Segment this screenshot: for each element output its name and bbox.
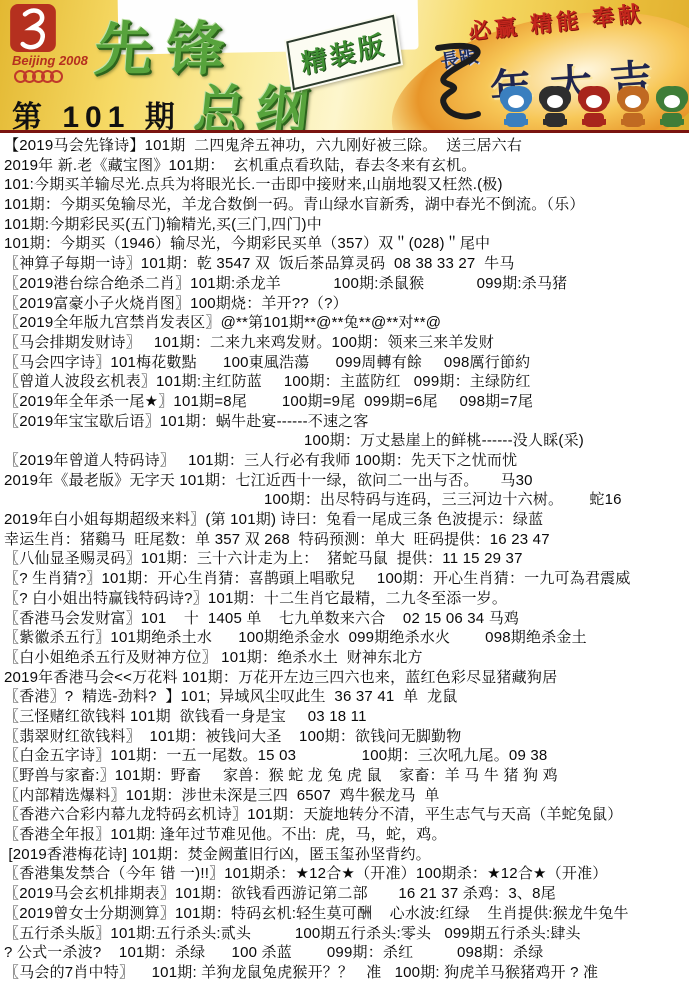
text-line: 100期：出尽特码与连码，三三河边十六树。 蛇16 [4, 490, 687, 510]
text-line: 〖马会的7肖中特〗 101期: 羊狗龙鼠兔虎猴开？？ 准 100期: 狗虎羊马猴… [4, 963, 687, 983]
text-line: 〖? 生肖猜?〗101期：开心生肖猜：喜鹊頭上唱歌兒 100期：开心生肖猜：一九… [4, 569, 687, 589]
tip-sheet-body: 【2019马会先锋诗】101期 二四鬼斧五神功，六九刚好被三除。 送三居六右20… [0, 133, 689, 983]
fuwa-mascot-icon [617, 88, 649, 130]
text-line: 〖香港〗? 精选-劲料? 】101; 异域风尘叹此生 36 37 41 单 龙鼠 [4, 687, 687, 707]
text-line: 〖香港马会发财富〗101 十 1405 单 七九单数来六合 02 15 06 3… [4, 609, 687, 629]
text-line: 〖2019年宝宝歇后语〗101期：蜗牛赴宴------不速之客 [4, 412, 687, 432]
text-line: 〖? 白小姐出特赢钱特码诗?〗101期：十二生肖它最精，二九冬至添一岁。 [4, 589, 687, 609]
text-line: 100期：万丈悬崖上的鲜桃------没人睬(采) [4, 431, 687, 451]
text-line: 〖白小姐绝杀五行及财神方位〗 101期：绝杀水土 财神东北方 [4, 648, 687, 668]
text-line: 〖香港集发禁合（今年 错 一)!!〗101期杀：★12合★（开准）100期杀：★… [4, 864, 687, 884]
text-line: 101:今期买羊输尽光.点兵为将眼光长.一击即中接财来,山崩地裂又枉然.(极) [4, 175, 687, 195]
text-line: 〖2019全年版九宫禁肖发表区〗@**第101期**@**兔**@**对**@ [4, 313, 687, 333]
fuwa-mascot-icon [578, 88, 610, 130]
text-line: 幸运生肖：猪鷄马 旺尾数：单 357 双 268 特码预测：单大 旺码提供：16… [4, 530, 687, 550]
text-line: [2019香港梅花诗] 101期：焚金阙董旧行凶，匿玉玺孙坚背约。 [4, 845, 687, 865]
text-line: 〖翡翠财红欲钱料〗 101期：被钱问大圣 100期：欲钱问无脚勤物 [4, 727, 687, 747]
text-line: 〖2019马会玄机排期表〗101期：欲钱看西游记第二部 16 21 37 杀鸡：… [4, 884, 687, 904]
text-line: 〖神算子每期一诗〗101期：乾 3547 双 饭后茶品算灵码 08 38 33 … [4, 254, 687, 274]
text-line: 〖野兽与家畜:〗101期：野畜 家兽：猴 蛇 龙 兔 虎 鼠 家畜：羊 马 牛 … [4, 766, 687, 786]
text-line: 〖马会排期发财诗〗 101期：二来九来鸡发财。100期：领来三来羊发财 [4, 333, 687, 353]
text-line: 〖2019曾女士分期测算〗101期：特码玄机:轻生莫可酬 心水波:红绿 生肖提供… [4, 904, 687, 924]
text-line: 〖内部精选爆料〗101期：涉世未深是三四 6507 鸡牛猴龙马 单 [4, 786, 687, 806]
dancing-beijing-seal-icon [10, 4, 56, 52]
text-line: 〖2019富豪小子火烧肖图〗100期烧：羊开??（?） [4, 294, 687, 314]
text-line: 2019年《最老版》无字天 101期：七江近西十一绿，欲问二一出与否。 马30 [4, 471, 687, 491]
text-line: 〖香港六合彩内幕九龙特码玄机诗〗101期：天旋地转分不清，平生志气与天高（羊蛇兔… [4, 805, 687, 825]
text-line: 〖紫徽杀五行〗101期绝杀土水 100期绝杀金水 099期绝杀水火 098期绝杀… [4, 628, 687, 648]
text-line: 101期:今期彩民买(五门)输精光,买(三门,四门)中 [4, 215, 687, 235]
text-line: 〖五行杀头版〗101期:五行杀头:贰头 100期五行杀头:零头 099期五行杀头… [4, 924, 687, 944]
text-line: 〖马会四字诗〗101梅花數點 100東風浩蕩 099周轉有餘 098厲行節約 [4, 353, 687, 373]
fuwa-mascot-icon [500, 88, 532, 130]
text-line: 101期：今期买（1946）输尽光，今期彩民买单（357）双＂(028)＂尾中 [4, 234, 687, 254]
text-line: 2019年香港马会<<万花料 101期：万花开左边三四六也来，蓝红色彩尽显猪藏狗… [4, 668, 687, 688]
text-line: 〖三怪赌红欲钱料 101期 欲钱看一身是宝 03 18 11 [4, 707, 687, 727]
text-line: 〖香港全年报〗101期: 逢年过节难见他。不出: 虎，马，蛇，鸡。 [4, 825, 687, 845]
fuwa-mascots [500, 88, 688, 130]
masthead: Beijing 2008 第 101 期 先锋 总纲 精装版 必赢 精能 奉献 … [0, 0, 689, 133]
text-line: 2019年白小姐每期超级来料〗(第 101期) 诗曰：兔看一尾成三条 色波提示：… [4, 510, 687, 530]
issue-number: 第 101 期 [12, 92, 181, 133]
text-line: ? 公式一杀波? 101期：杀绿 100 杀蓝 099期：杀红 098期：杀绿 [4, 943, 687, 963]
text-line: 〖曾道人波段玄机表〗101期:主红防蓝 100期：主蓝防红 099期：主绿防红 [4, 372, 687, 392]
text-line: 【2019马会先锋诗】101期 二四鬼斧五神功，六九刚好被三除。 送三居六右 [4, 136, 687, 156]
text-line: 〖2019年曾道人特码诗〗 101期：三人行必有我师 100期：先天下之忧而忧 [4, 451, 687, 471]
fuwa-mascot-icon [656, 88, 688, 130]
fuwa-mascot-icon [539, 88, 571, 130]
text-line: 2019年 新.老《藏宝图》101期： 玄机重点看玖陆，春去冬来有玄机。 [4, 156, 687, 176]
text-line: 101期：今期买兔输尽光，羊龙合数倒一码。青山绿水盲新秀，湖中春光不倒流。（乐） [4, 195, 687, 215]
text-line: 〖八仙显圣赐灵码〗101期：三十六计走为上： 猪蛇马鼠 提供：11 15 29 … [4, 549, 687, 569]
body-lines: 【2019马会先锋诗】101期 二四鬼斧五神功，六九刚好被三除。 送三居六右20… [4, 136, 687, 983]
text-line: 〖白金五字诗〗101期：一五一尾数。15 03 100期：三次吼九尾。09 38 [4, 746, 687, 766]
text-line: 〖2019港台综合绝杀二肖〗101期:杀龙羊 100期:杀鼠猴 099期:杀马猪 [4, 274, 687, 294]
text-line: 〖2019年全年杀一尾★〗101期=8尾 100期=9尾 099期=6尾 098… [4, 392, 687, 412]
